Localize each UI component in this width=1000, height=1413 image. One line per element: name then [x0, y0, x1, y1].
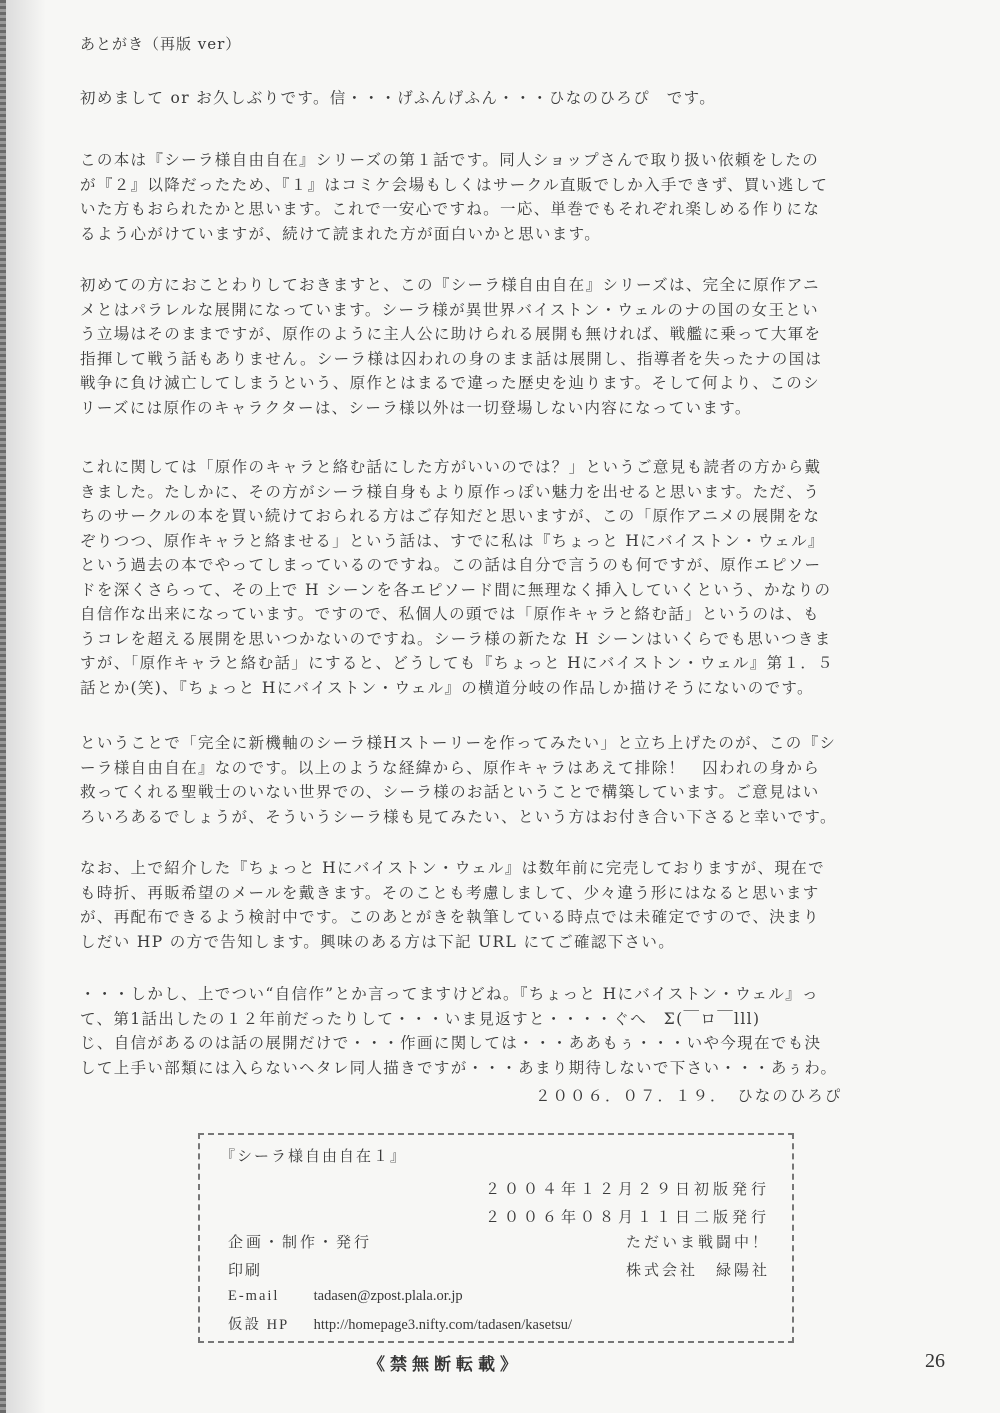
page-heading: あとがき（再版 ver） [80, 33, 241, 54]
text-line: 救ってくれる聖戦士のいない世界での、シーラ様のお話ということで構築しています。ご… [80, 780, 940, 805]
page-number: 26 [925, 1350, 945, 1373]
text-line: じ、自信があるのは話の展開だけで・・・作画に関しては・・・ああもぅ・・・いや今現… [80, 1031, 940, 1056]
publisher-label: 企画・制作・発行 [228, 1233, 372, 1251]
scan-binding-shadow [6, 0, 46, 1413]
text-line: リーズには原作のキャラクターは、シーラ様以外は一切登場しない内容になっています。 [80, 396, 940, 421]
text-line: 話とか(笑)、『ちょっと Hにバイストン・ウェル』の横道分岐の作品しか描けそうに… [80, 676, 940, 701]
second-edition-date: ２００６年０８月１１日二版発行 [485, 1206, 770, 1227]
text-line: ・・・しかし、上でつい“自信作”とか言ってますけどね。『ちょっと Hにバイストン… [80, 982, 940, 1007]
paragraph-reader-feedback: これに関しては「原作のキャラと絡む話にした方がいいのでは？」というご意見も読者の… [80, 455, 940, 700]
paragraph-series-note: 初めての方におことわりしておきますと、この『シーラ様自由自在』シリーズは、完全に… [80, 273, 940, 420]
text-line: ろいろあるでしょうが、そういうシーラ様も見てみたい、という方はお付き合い下さると… [80, 805, 940, 830]
colophon-book-title: 『シーラ様自由自在１』 [220, 1145, 407, 1166]
paragraph-greeting: 初めまして or お久しぶりです。信・・・げふんげふん・・・ひなのひろぴ です。 [80, 86, 940, 111]
first-edition-date: ２００４年１２月２９日初版発行 [485, 1178, 770, 1199]
text-line: しだい HP の方で告知します。興味のある方は下記 URL にてご確認下さい。 [80, 930, 940, 955]
email-label: E-mail [228, 1288, 310, 1305]
text-line: すが、「原作キャラと絡む話」にすると、どうしても『ちょっと Hにバイストン・ウェ… [80, 651, 940, 676]
publisher-row: 企画・制作・発行 [228, 1231, 372, 1252]
text-line: るよう心がけていますが、続けて読まれた方が面白いかと思います。 [80, 222, 940, 247]
email-value: tadasen@zpost.plala.or.jp [314, 1288, 463, 1304]
text-line: 初めまして or お久しぶりです。信・・・げふんげふん・・・ひなのひろぴ です。 [80, 86, 940, 111]
text-line: が、再配布できるよう検討中です。このあとがきを執筆している時点では未確定ですので… [80, 905, 940, 930]
text-line: この本は『シーラ様自由自在』シリーズの第１話です。同人ショップさんで取り扱い依頼… [80, 148, 940, 173]
no-reproduction-notice: 《禁無断転載》 [368, 1350, 522, 1375]
paragraph-reprint-info: なお、上で紹介した『ちょっと Hにバイストン・ウェル』は数年前に完売しております… [80, 856, 940, 954]
homepage-url: http://homepage3.nifty.com/tadasen/kaset… [314, 1317, 572, 1333]
printer-label: 印刷 [228, 1261, 262, 1279]
text-line: が『２』以降だったため、『１』はコミケ会場もしくはサークル直販でしか入手できず、… [80, 173, 940, 198]
text-line: なお、上で紹介した『ちょっと Hにバイストン・ウェル』は数年前に完売しております… [80, 856, 940, 881]
text-line: うコレを超える展開を思いつかないのですね。シーラ様の新たな H シーンはいくらで… [80, 627, 940, 652]
colophon-box: 『シーラ様自由自在１』 ２００４年１２月２９日初版発行 ２００６年０８月１１日二… [198, 1133, 794, 1343]
paragraph-about-book: この本は『シーラ様自由自在』シリーズの第１話です。同人ショップさんで取り扱い依頼… [80, 148, 940, 246]
text-line: ということで「完全に新機軸のシーラ様Hストーリーを作ってみたい」と立ち上げたのが… [80, 731, 940, 756]
printer-value: 株式会社 緑陽社 [626, 1259, 770, 1280]
email-row: E-mail tadasen@zpost.plala.or.jp [228, 1288, 463, 1305]
text-line: ぞりつつ、原作キャラと絡ませる」という話は、すでに私は『ちょっと Hにバイストン… [80, 529, 940, 554]
text-line: して上手い部類には入らないヘタレ同人描きですが・・・あまり期待しないで下さい・・… [80, 1056, 940, 1081]
text-line: 指揮して戦う話もありません。シーラ様は囚われの身のまま話は展開し、指導者を失った… [80, 347, 940, 372]
text-line: も時折、再販希望のメールを戴きます。そのことも考慮しまして、少々違う形にはなると… [80, 881, 940, 906]
signature-date-author: ２００６．０７．１９． ひなのひろぴ [535, 1084, 842, 1106]
text-line: う立場はそのままですが、原作のように主人公に助けられる展開も無ければ、戦艦に乗っ… [80, 322, 940, 347]
text-line: ーラ様自由自在』なのです。以上のような経緯から、原作キャラはあえて排除！ 囚われ… [80, 756, 940, 781]
text-line: て、第1話出したの１２年前だったりして・・・いま見返すと・・・・ぐへ Σ(￣ロ￣… [80, 1007, 940, 1032]
text-line: 自信作な出来になっています。ですので、私個人の頭では「原作キャラと絡む話」という… [80, 602, 940, 627]
paragraph-new-concept: ということで「完全に新機軸のシーラ様Hストーリーを作ってみたい」と立ち上げたのが… [80, 731, 940, 829]
publisher-value: ただいま戦闘中！ [626, 1231, 770, 1252]
homepage-label: 仮設 HP [228, 1313, 310, 1334]
text-line: ちのサークルの本を買い続けておられる方はご存知だと思いますが、この「原作アニメの… [80, 504, 940, 529]
homepage-row: 仮設 HP http://homepage3.nifty.com/tadasen… [228, 1313, 572, 1334]
text-line: メとはパラレルな展開になっています。シーラ様が異世界バイストン・ウェルのナの国の… [80, 298, 940, 323]
text-line: ドを深くさらって、その上で H シーンを各エピソード間に無理なく挿入していくとい… [80, 578, 940, 603]
text-line: きました。たしかに、その方がシーラ様自身もより原作っぽい魅力を出せると思います。… [80, 480, 940, 505]
printer-row: 印刷 [228, 1259, 262, 1280]
text-line: いた方もおられたかと思います。これで一安心ですね。一応、単巻でもそれぞれ楽しめる… [80, 197, 940, 222]
text-line: という過去の本でやってしまっているのですね。この話は自分で言うのも何ですが、原作… [80, 553, 940, 578]
text-line: これに関しては「原作のキャラと絡む話にした方がいいのでは？」というご意見も読者の… [80, 455, 940, 480]
text-line: 初めての方におことわりしておきますと、この『シーラ様自由自在』シリーズは、完全に… [80, 273, 940, 298]
paragraph-closing: ・・・しかし、上でつい“自信作”とか言ってますけどね。『ちょっと Hにバイストン… [80, 982, 940, 1080]
text-line: 戦争に負け滅亡してしまうという、原作とはまるで違った歴史を辿ります。そして何より… [80, 371, 940, 396]
